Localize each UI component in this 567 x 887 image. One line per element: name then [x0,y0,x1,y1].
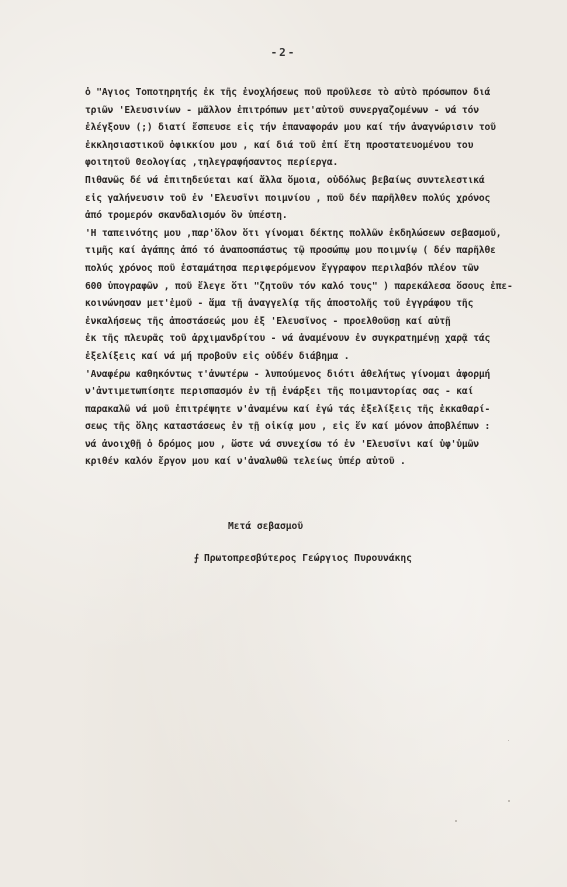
letter-body: ὁ "Αγιος Τοποτηρητής ἐκ τῆς ἐνοχλήσεως π… [85,84,550,471]
body-line: 'Αναφέρω καθηκόντως τ'ἀνωτέρω - λυπούμεν… [85,366,550,384]
paper-speck [455,820,457,822]
body-line: φοιτητοῦ Θεολογίας ,τηλεγραφήσαντος περί… [85,154,550,172]
body-line: 'Η ταπεινότης μου ,παρ'ὅλον ὅτι γίνομαι … [85,225,550,243]
page-number: -2- [0,46,567,59]
body-line: ἀπό τρομερόν σκανδαλισμόν ὃν ὑπέστη. [85,207,550,225]
body-line: ἐκκλησιαστικοῦ ὀφικκίου μου , καί διά το… [85,137,550,155]
paper-speck [508,800,510,802]
body-line: 600 ὑπογραφῶν , ποῦ ἔλεγε ὅτι "ζητοῦν τό… [85,278,550,296]
body-line: παρακαλῶ νά μοῦ ἐπιτρέψητε ν'ἀναμένω καί… [85,401,550,419]
body-line: ἐνκαλήσεως τῆς ἀποστάσεώς μου ἐξ 'Ελευσῖ… [85,313,550,331]
body-line: ἐλέγξουν (;) διατί ἔσπευσε εἰς τήν ἐπανα… [85,119,550,137]
body-line: ἐκ τῆς πλευρᾶς τοῦ ἀρχιμανδρίτου - νά ἀν… [85,330,550,348]
body-line: κοινώνησαν μετ'ἐμοῦ - ἅμα τῇ ἀναγγελίᾳ τ… [85,295,550,313]
body-line: τριῶν 'Ελευσινίων - μᾶλλον ἐπιτρόπων μετ… [85,102,550,120]
body-line: εἰς γαλήνευσιν τοῦ ἐν 'Ελευσῖνι ποιμνίου… [85,190,550,208]
body-line: νά ἀνοιχθῇ ὁ δρόμος μου , ὥστε νά συνεχί… [85,436,550,454]
body-line: πολύς χρόνος ποῦ ἐσταμάτησα περιφερόμενο… [85,260,550,278]
body-line: κριθέν καλόν ἔργον μου καί ν'ἀναλωθῶ τελ… [85,453,550,471]
body-line: ἐξελίξεις καί νά μή προβοῦν εἰς οὐδέν δι… [85,348,550,366]
cross-signature-icon: ⨍ [194,553,199,564]
body-line: ὁ "Αγιος Τοποτηρητής ἐκ τῆς ἐνοχλήσεως π… [85,84,550,102]
closing-salutation: Μετά σεβασμοῦ [228,521,303,532]
body-line: ν'ἀντιμετωπίσητε περισπασμόν ἐν τῇ ἐνάρξ… [85,383,550,401]
body-line: σεως τῆς ὅλης καταστάσεως ἐν τῇ οἰκίᾳ μο… [85,418,550,436]
scanned-letter-page: -2- ὁ "Αγιος Τοποτηρητής ἐκ τῆς ἐνοχλήσε… [0,0,567,887]
signatory-name: Πρωτοπρεσβύτερος Γεώργιος Πυρουνάκης [204,553,412,564]
body-line: τιμῆς καί ἀγάπης ἀπό τό ἀναποσπάστως τῷ … [85,242,550,260]
body-line: Πιθανῶς δέ νά ἐπιτηδεύεται καί ἄλλα ὅμοι… [85,172,550,190]
signature-block: ⨍Πρωτοπρεσβύτερος Γεώργιος Πυρουνάκης [194,553,412,564]
paper-speck [508,740,509,741]
